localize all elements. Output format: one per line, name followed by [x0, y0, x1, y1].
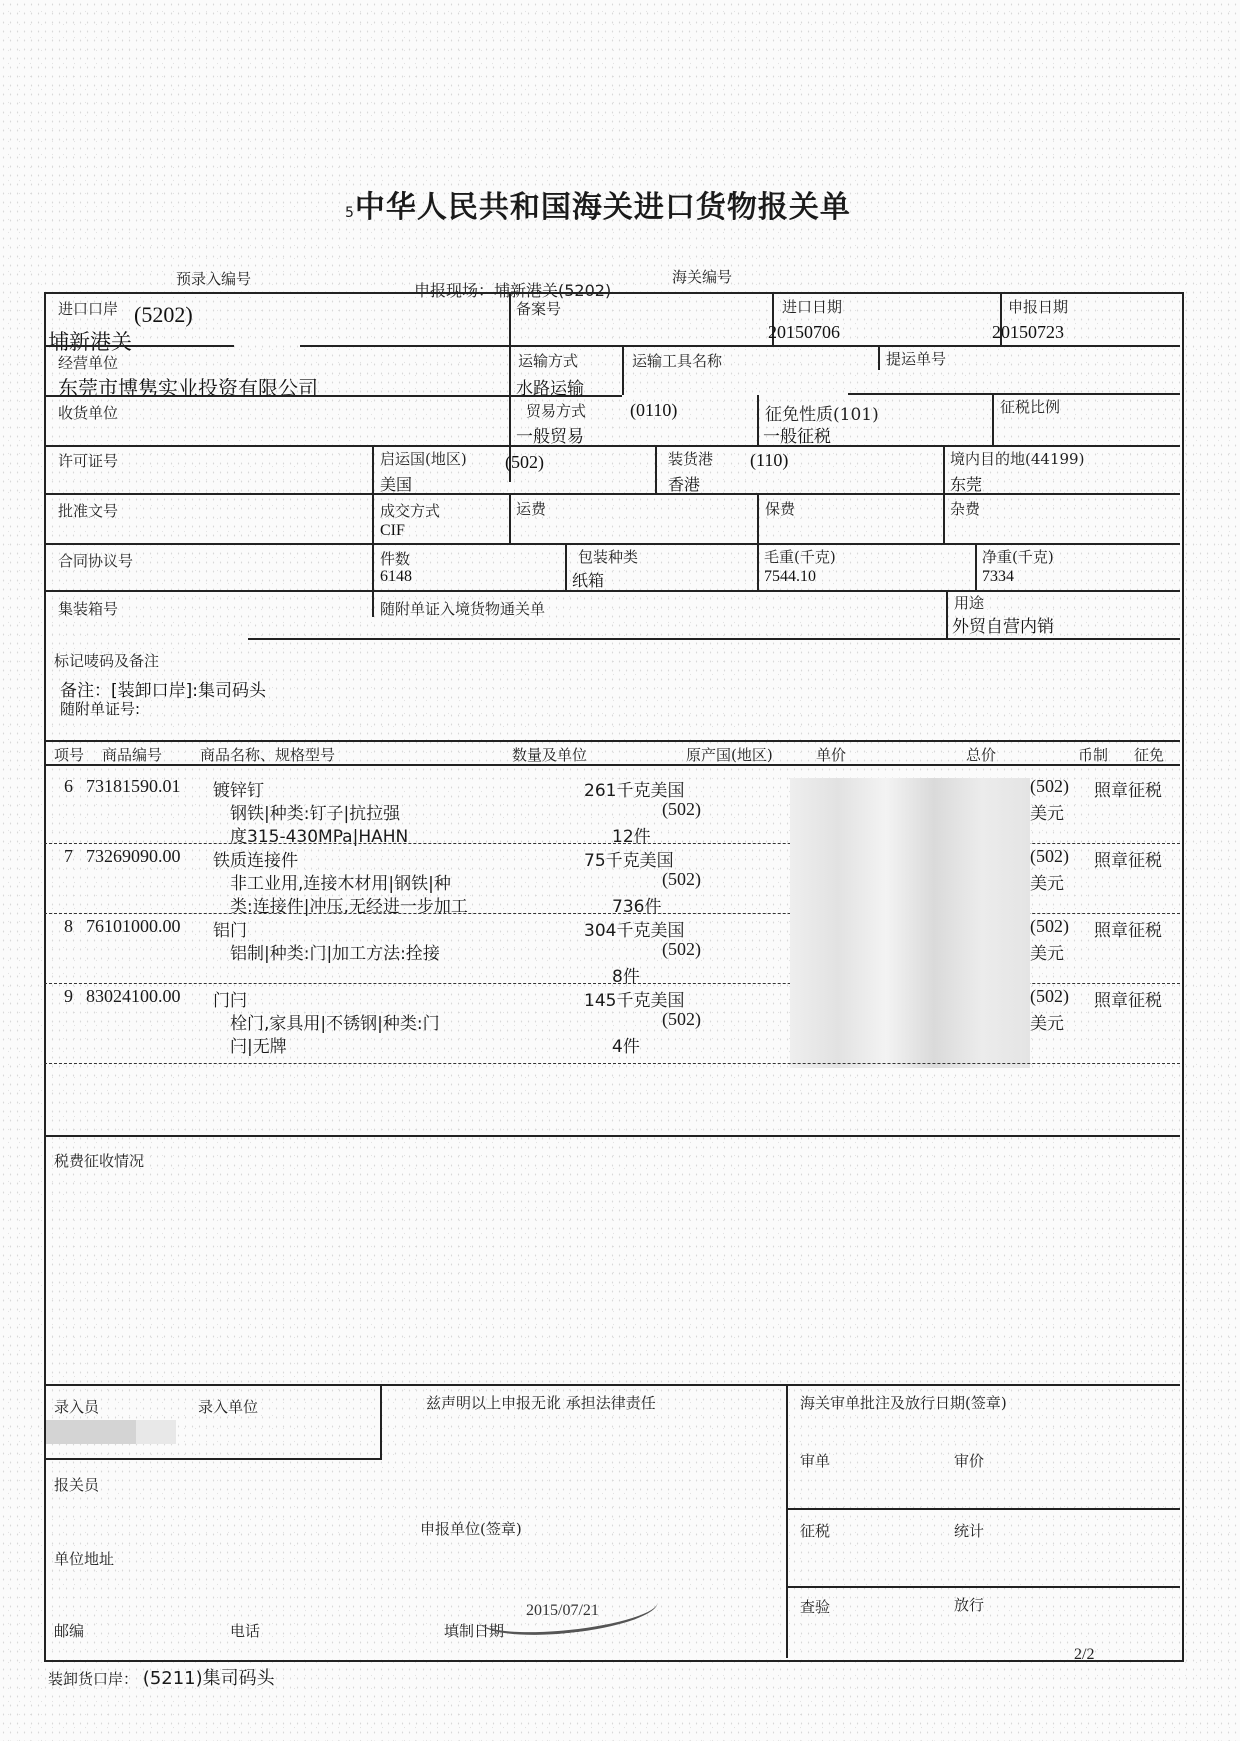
currency-code: (502): [1030, 846, 1069, 867]
table-row: 773269090.00铁质连接件非工业用,连接木材用|钢铁|种类:连接件|冲压…: [0, 846, 1240, 914]
table-row: 983024100.00门闩栓门,家具用|不锈钢|种类:门闩|无牌145千克美国…: [0, 986, 1240, 1054]
commodity-code: 73181590.01: [86, 776, 181, 797]
transport-mode-label: 运输方式: [518, 350, 578, 371]
tax-label: 税费征收情况: [54, 1150, 144, 1171]
levy-mode: 照章征税: [1094, 846, 1162, 871]
entry-unit-label: 录入单位: [198, 1396, 258, 1417]
unloading-port: 装卸货口岸： (5211)集司码头: [48, 1664, 275, 1690]
commodity-code: 73269090.00: [86, 846, 181, 867]
destination-value: 东莞: [950, 472, 982, 495]
country-code: (502): [662, 939, 701, 960]
postcode-label: 邮编: [54, 1620, 84, 1641]
package-type-value: 纸箱: [572, 568, 604, 591]
item-no: 7: [64, 846, 73, 867]
currency: 美元: [1030, 1009, 1064, 1034]
insurance-label: 保费: [765, 498, 795, 519]
transport-name-label: 运输工具名称: [632, 350, 722, 371]
approval-no-label: 批准文号: [58, 500, 118, 521]
declarer-seal-label: 申报单位(签章): [420, 1518, 522, 1539]
freight-label: 运费: [516, 498, 546, 519]
goods-table-header: 项号 商品编号 商品名称、规格型号 数量及单位 原产国(地区) 单价 总价 币制…: [54, 744, 1174, 764]
loading-port-value: 香港: [668, 472, 700, 495]
levy-mode: 照章征税: [1094, 916, 1162, 941]
currency-code: (502): [1030, 776, 1069, 797]
declaration-text: 兹声明以上申报无讹 承担法律责任: [426, 1392, 656, 1413]
customs-approval-label: 海关审单批注及放行日期(签章): [800, 1392, 1007, 1413]
loading-port-code: (110): [750, 450, 788, 471]
deal-mode-value: CIF: [380, 522, 405, 540]
address-label: 单位地址: [54, 1548, 114, 1569]
gross-weight-label: 毛重(千克): [764, 546, 836, 567]
item-no: 9: [64, 986, 73, 1007]
pieces-value: 6148: [380, 568, 412, 586]
net-weight-value: 7334: [982, 568, 1014, 586]
commodity-spec-1: 栓门,家具用|不锈钢|种类:门: [230, 1009, 440, 1034]
commodity-spec-1: 非工业用,连接木材用|钢铁|种: [230, 869, 451, 894]
customs-no-label: 海关编号: [672, 266, 732, 287]
marks-label: 标记唛码及备注: [54, 650, 159, 671]
origin-country-value: 美国: [380, 472, 412, 495]
statistics-label: 统计: [954, 1520, 984, 1541]
misc-fee-label: 杂费: [950, 498, 980, 519]
item-no: 8: [64, 916, 73, 937]
redacted-price-block: [790, 778, 1030, 1068]
quantity-1: 304千克美国: [584, 916, 684, 941]
currency: 美元: [1030, 799, 1064, 824]
country-code: (502): [662, 869, 701, 890]
commodity-spec-1: 钢铁|种类:钉子|抗拉强: [230, 799, 400, 824]
currency: 美元: [1030, 869, 1064, 894]
trade-mode-code: (0110): [630, 400, 677, 421]
record-no-label: 备案号: [516, 298, 561, 319]
currency-code: (502): [1030, 916, 1069, 937]
country-code: (502): [662, 799, 701, 820]
inspection-label: 查验: [800, 1596, 830, 1617]
redacted-entry-clerk: [46, 1420, 136, 1444]
table-row: 673181590.01镀锌钉钢铁|种类:钉子|抗拉强度315-430MPa|H…: [0, 776, 1240, 844]
commodity-code: 76101000.00: [86, 916, 181, 937]
quantity-1: 145千克美国: [584, 986, 684, 1011]
container-no-label: 集装箱号: [58, 598, 118, 619]
usage-label: 用途: [954, 592, 984, 613]
release-label: 放行: [954, 1594, 984, 1615]
marks-doc-no: 随附单证号:: [60, 698, 140, 719]
net-weight-label: 净重(千克): [982, 546, 1054, 567]
package-type-label: 包装种类: [578, 546, 638, 567]
commodity-name: 门闩: [213, 986, 247, 1011]
quantity-1: 75千克美国: [584, 846, 674, 871]
operator-label: 经营单位: [58, 352, 118, 373]
deal-mode-label: 成交方式: [380, 500, 440, 521]
review-label: 审单: [800, 1450, 830, 1471]
table-row: 876101000.00铝门铝制|种类:门|加工方法:拴接304千克美国(502…: [0, 916, 1240, 984]
trade-mode-label: 贸易方式: [526, 400, 586, 421]
quantity-2: 4件: [612, 1032, 640, 1057]
levy-ratio-label: 征税比例: [1000, 396, 1060, 417]
attached-docs-label: 随附单证入境货物通关单: [380, 598, 545, 619]
pieces-label: 件数: [380, 548, 410, 569]
levy-mode: 照章征税: [1094, 986, 1162, 1011]
origin-country-code: (502): [505, 452, 544, 473]
levy-nature-value: 一般征税: [763, 422, 831, 447]
contract-no-label: 合同协议号: [58, 550, 133, 571]
document-title: 5中华人民共和国海关进口货物报关单: [345, 182, 851, 226]
declare-date-value: 20150723: [992, 322, 1064, 343]
commodity-name: 镀锌钉: [213, 776, 264, 801]
country-code: (502): [662, 1009, 701, 1030]
import-port-label: 进口口岸: [58, 298, 118, 319]
levy-mode: 照章征税: [1094, 776, 1162, 801]
usage-value: 外贸自营内销: [952, 612, 1054, 637]
gross-weight-value: 7544.10: [764, 568, 816, 586]
pre-entry-no-label: 预录入编号: [176, 268, 251, 289]
entry-clerk-label: 录入员: [54, 1396, 99, 1417]
item-no: 6: [64, 776, 73, 797]
page-number: 2/2: [1074, 1646, 1094, 1664]
import-date-value: 20150706: [768, 322, 840, 343]
price-review-label: 审价: [954, 1450, 984, 1471]
declare-date-label: 申报日期: [1008, 296, 1068, 317]
tax-levy-label: 征税: [800, 1520, 830, 1541]
broker-label: 报关员: [54, 1474, 99, 1495]
phone-label: 电话: [230, 1620, 260, 1641]
currency-code: (502): [1030, 986, 1069, 1007]
loading-port-label: 装货港: [668, 448, 713, 469]
consignee-label: 收货单位: [58, 402, 118, 423]
license-no-label: 许可证号: [58, 450, 118, 471]
commodity-name: 铝门: [213, 916, 247, 941]
commodity-code: 83024100.00: [86, 986, 181, 1007]
commodity-spec-2: 闩|无牌: [230, 1032, 287, 1057]
quantity-1: 261千克美国: [584, 776, 684, 801]
currency: 美元: [1030, 939, 1064, 964]
import-port-code: (5202): [134, 302, 193, 328]
commodity-name: 铁质连接件: [213, 846, 298, 871]
import-date-label: 进口日期: [782, 296, 842, 317]
bill-no-label: 提运单号: [886, 348, 946, 369]
origin-country-label: 启运国(地区): [380, 448, 467, 469]
destination-label: 境内目的地(44199): [950, 448, 1084, 469]
commodity-spec-1: 铝制|种类:门|加工方法:拴接: [230, 939, 440, 964]
trade-mode-value: 一般贸易: [516, 422, 584, 447]
